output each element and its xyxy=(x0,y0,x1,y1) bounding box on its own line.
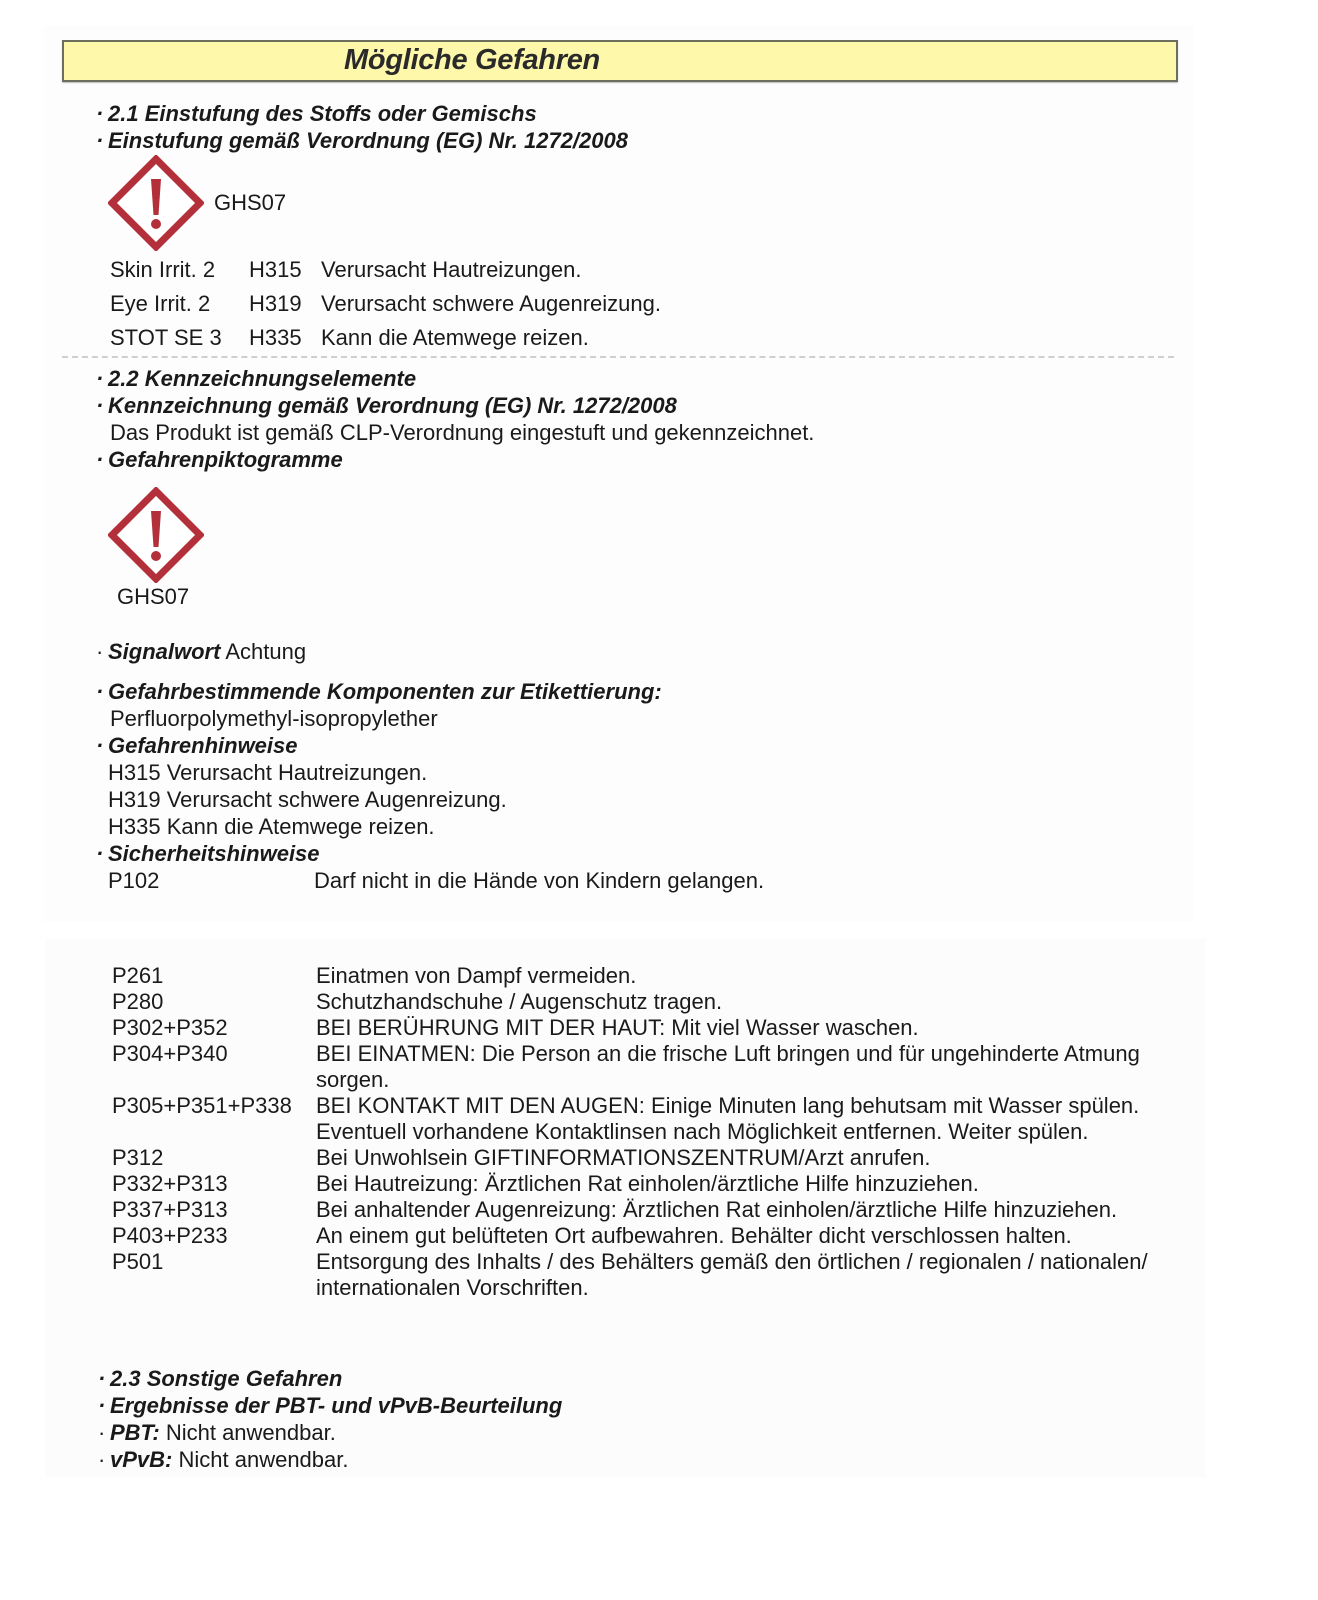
precaution-text: BEI KONTAKT MIT DEN AUGEN: Einige Minute… xyxy=(316,1093,1186,1145)
heading-components: ·Gefahrbestimmende Komponenten zur Etike… xyxy=(96,679,662,705)
precaution-code: P280 xyxy=(112,989,316,1015)
precaution-code: P302+P352 xyxy=(112,1015,316,1041)
precaution-text: Bei Hautreizung: Ärztlichen Rat einholen… xyxy=(316,1171,1186,1197)
heading-2-3: ·2.3 Sonstige Gefahren xyxy=(98,1366,342,1392)
hazard-class: Eye Irrit. 2 xyxy=(110,291,249,317)
precaution-row: P280Schutzhandschuhe / Augenschutz trage… xyxy=(112,989,1186,1015)
hazard-text: Kann die Atemwege reizen. xyxy=(321,325,589,350)
hazard-statement: H335 Kann die Atemwege reizen. xyxy=(108,814,435,840)
hazard-class: Skin Irrit. 2 xyxy=(110,257,249,283)
classification-row: STOT SE 3H335Kann die Atemwege reizen. xyxy=(110,325,589,351)
ghs07-exclamation-icon xyxy=(108,487,204,583)
section-title: Mögliche Gefahren xyxy=(344,44,600,77)
vpvb-result: ·vPvB: Nicht anwendbar. xyxy=(98,1447,348,1473)
pictogram-label: GHS07 xyxy=(214,190,286,216)
precaution-code: P312 xyxy=(112,1145,316,1171)
heading-labelling-regulation: ·Kennzeichnung gemäß Verordnung (EG) Nr.… xyxy=(96,393,677,419)
precaution-code: P337+P313 xyxy=(112,1197,316,1223)
precaution-row: P403+P233An einem gut belüfteten Ort auf… xyxy=(112,1223,1186,1249)
heading-pbt-results: ·Ergebnisse der PBT- und vPvB-Beurteilun… xyxy=(98,1393,562,1419)
precaution-text: Entsorgung des Inhalts / des Behälters g… xyxy=(316,1249,1186,1301)
hazard-code: H335 xyxy=(249,325,321,351)
components-value: Perfluorpolymethyl-isopropylether xyxy=(110,706,438,732)
precaution-row: P337+P313Bei anhaltender Augenreizung: Ä… xyxy=(112,1197,1186,1223)
precaution-text: An einem gut belüfteten Ort aufbewahren.… xyxy=(316,1223,1186,1249)
precaution-code: P403+P233 xyxy=(112,1223,316,1249)
clp-note: Das Produkt ist gemäß CLP-Verordnung ein… xyxy=(110,420,814,446)
precaution-table: P261Einatmen von Dampf vermeiden.P280Sch… xyxy=(112,963,1186,1301)
classification-row: Skin Irrit. 2H315Verursacht Hautreizunge… xyxy=(110,257,582,283)
heading-2-1: ·2.1 Einstufung des Stoffs oder Gemischs xyxy=(96,101,537,127)
precaution-text: Schutzhandschuhe / Augenschutz tragen. xyxy=(316,989,1186,1015)
pbt-result: ·PBT: Nicht anwendbar. xyxy=(98,1420,336,1446)
signal-word: ·Signalwort Achtung xyxy=(96,639,306,665)
precaution-code: P261 xyxy=(112,963,316,989)
heading-pictograms: ·Gefahrenpiktogramme xyxy=(96,447,343,473)
heading-hazard-statements: ·Gefahrenhinweise xyxy=(96,733,298,759)
precaution-code: P305+P351+P338 xyxy=(112,1093,316,1145)
hazard-code: H319 xyxy=(249,291,321,317)
hazard-statement: H319 Verursacht schwere Augenreizung. xyxy=(108,787,507,813)
precaution-text: Bei anhaltender Augenreizung: Ärztlichen… xyxy=(316,1197,1186,1223)
classification-row: Eye Irrit. 2H319Verursacht schwere Augen… xyxy=(110,291,661,317)
hazard-code: H315 xyxy=(249,257,321,283)
hazard-statement: H315 Verursacht Hautreizungen. xyxy=(108,760,427,786)
precaution-row: P312Bei Unwohlsein GIFTINFORMATIONSZENTR… xyxy=(112,1145,1186,1171)
ghs07-exclamation-icon xyxy=(108,155,204,251)
precaution-text: Bei Unwohlsein GIFTINFORMATIONSZENTRUM/A… xyxy=(316,1145,1186,1171)
precaution-row: P302+P352BEI BERÜHRUNG MIT DER HAUT: Mit… xyxy=(112,1015,1186,1041)
section-header-box: Mögliche Gefahren xyxy=(62,40,1178,82)
precaution-code: P501 xyxy=(112,1249,316,1301)
pictogram-label-2: GHS07 xyxy=(117,584,189,610)
precaution-text: Einatmen von Dampf vermeiden. xyxy=(316,963,1186,989)
precaution-row: P501Entsorgung des Inhalts / des Behälte… xyxy=(112,1249,1186,1301)
heading-classification-regulation: ·Einstufung gemäß Verordnung (EG) Nr. 12… xyxy=(96,128,628,154)
heading-precautionary-statements: ·Sicherheitshinweise xyxy=(96,841,320,867)
precaution-code: P332+P313 xyxy=(112,1171,316,1197)
precaution-row: P261Einatmen von Dampf vermeiden. xyxy=(112,963,1186,989)
hazard-text: Verursacht schwere Augenreizung. xyxy=(321,291,661,316)
precaution-row: P304+P340BEI EINATMEN: Die Person an die… xyxy=(112,1041,1186,1093)
precaution-code: P304+P340 xyxy=(112,1041,316,1093)
precaution-text: BEI EINATMEN: Die Person an die frische … xyxy=(316,1041,1186,1093)
precaution-text: BEI BERÜHRUNG MIT DER HAUT: Mit viel Was… xyxy=(316,1015,1186,1041)
hazard-class: STOT SE 3 xyxy=(110,325,249,351)
hazard-text: Verursacht Hautreizungen. xyxy=(321,257,582,282)
heading-2-2: ·2.2 Kennzeichnungselemente xyxy=(96,366,416,392)
section-divider xyxy=(62,356,1174,358)
precaution-row: P305+P351+P338BEI KONTAKT MIT DEN AUGEN:… xyxy=(112,1093,1186,1145)
precaution-row: P332+P313Bei Hautreizung: Ärztlichen Rat… xyxy=(112,1171,1186,1197)
precaution-row: P102Darf nicht in die Hände von Kindern … xyxy=(108,868,764,894)
